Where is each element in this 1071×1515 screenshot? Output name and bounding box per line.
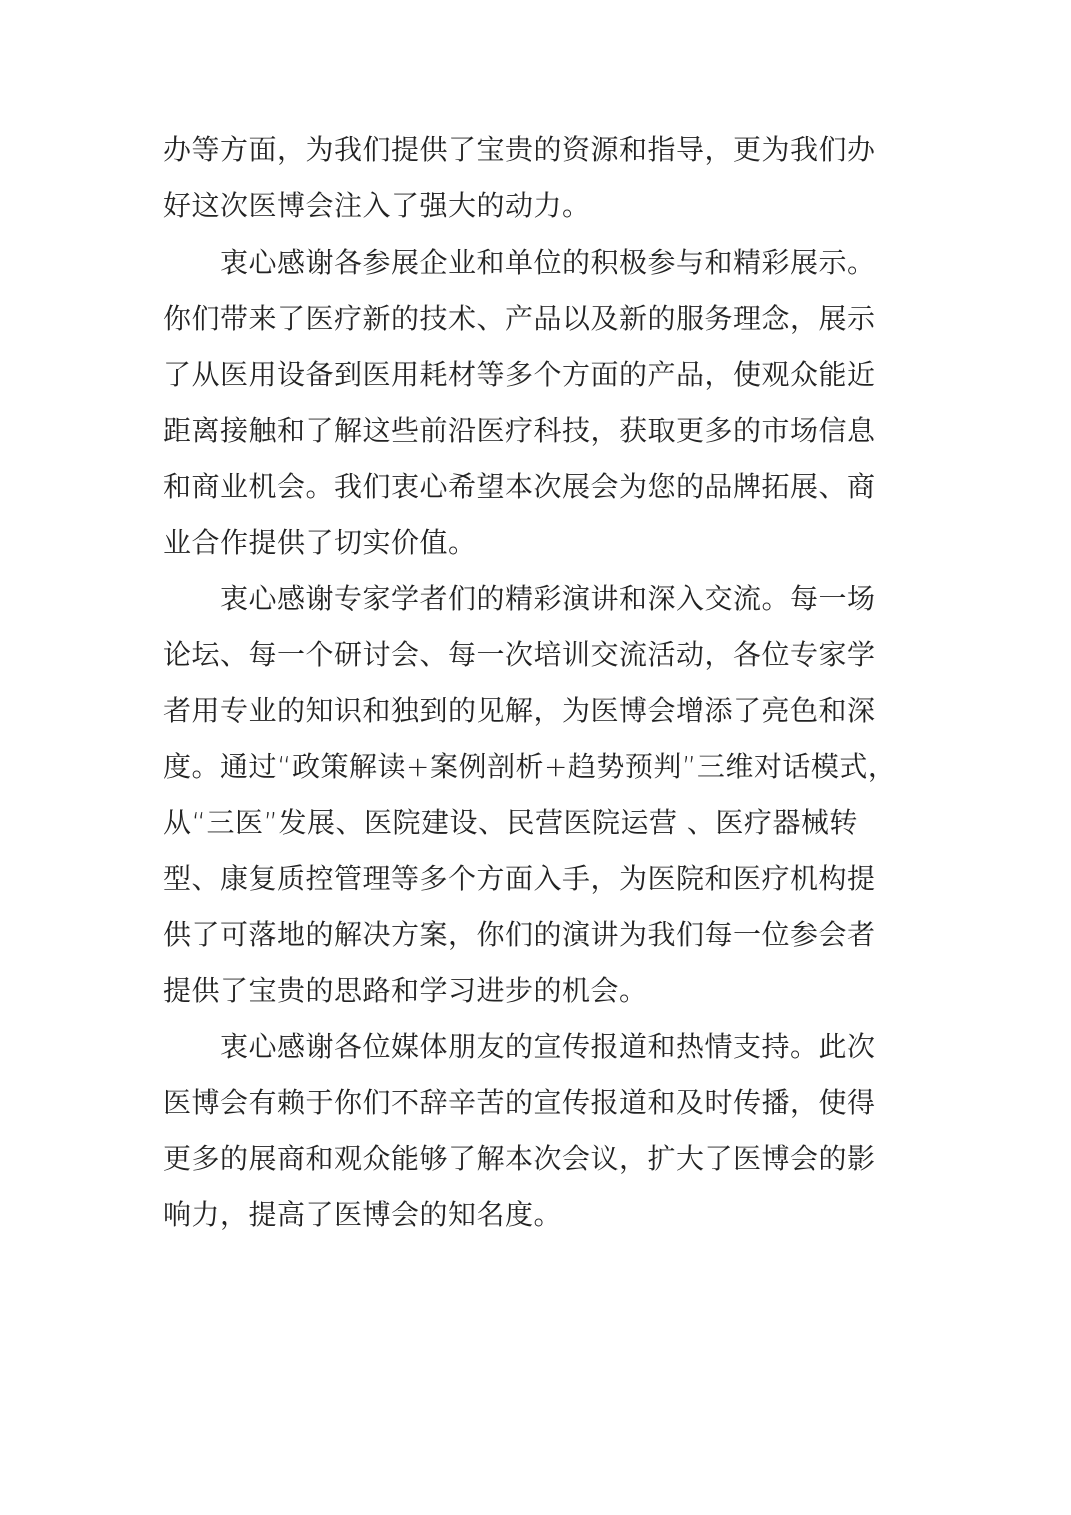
- paragraph-line: 从“三医”发展、医院建设、民营医院运营 、医疗器械转: [163, 803, 858, 843]
- paragraph-line: 医博会有赖于你们不辞辛苦的宣传报道和及时传播，使得: [163, 1083, 876, 1123]
- paragraph-line: 好这次医博会注入了强大的动力。: [163, 186, 591, 226]
- paragraph-first-line: 衷心感谢各参展企业和单位的积极参与和精彩展示。: [220, 243, 876, 283]
- paragraph-line: 了从医用设备到医用耗材等多个方面的产品，使观众能近: [163, 355, 876, 395]
- paragraph-first-line: 衷心感谢各位媒体朋友的宣传报道和热情支持。此次: [220, 1027, 876, 1067]
- paragraph-line: 者用专业的知识和独到的见解，为医博会增添了亮色和深: [163, 691, 876, 731]
- document-page: 办等方面，为我们提供了宝贵的资源和指导，更为我们办 好这次医博会注入了强大的动力…: [0, 0, 1071, 1515]
- paragraph-first-line: 衷心感谢专家学者们的精彩演讲和深入交流。每一场: [220, 579, 876, 619]
- paragraph-line: 你们带来了医疗新的技术、产品以及新的服务理念，展示: [163, 299, 876, 339]
- paragraph-line: 供了可落地的解决方案，你们的演讲为我们每一位参会者: [163, 915, 876, 955]
- paragraph-line: 业合作提供了切实价值。: [163, 523, 477, 563]
- paragraph-line: 办等方面，为我们提供了宝贵的资源和指导，更为我们办: [163, 130, 876, 170]
- paragraph-line: 和商业机会。我们衷心希望本次展会为您的品牌拓展、商: [163, 467, 876, 507]
- paragraph-line: 距离接触和了解这些前沿医疗科技，获取更多的市场信息: [163, 411, 876, 451]
- paragraph-line: 响力，提高了医博会的知名度。: [163, 1195, 562, 1235]
- paragraph-line: 度。通过“政策解读+案例剖析+趋势预判”三维对话模式，: [163, 747, 896, 787]
- paragraph-line: 提供了宝贵的思路和学习进步的机会。: [163, 971, 648, 1011]
- paragraph-line: 更多的展商和观众能够了解本次会议，扩大了医博会的影: [163, 1139, 876, 1179]
- paragraph-line: 型、康复质控管理等多个方面入手，为医院和医疗机构提: [163, 859, 876, 899]
- paragraph-line: 论坛、每一个研讨会、每一次培训交流活动，各位专家学: [163, 635, 876, 675]
